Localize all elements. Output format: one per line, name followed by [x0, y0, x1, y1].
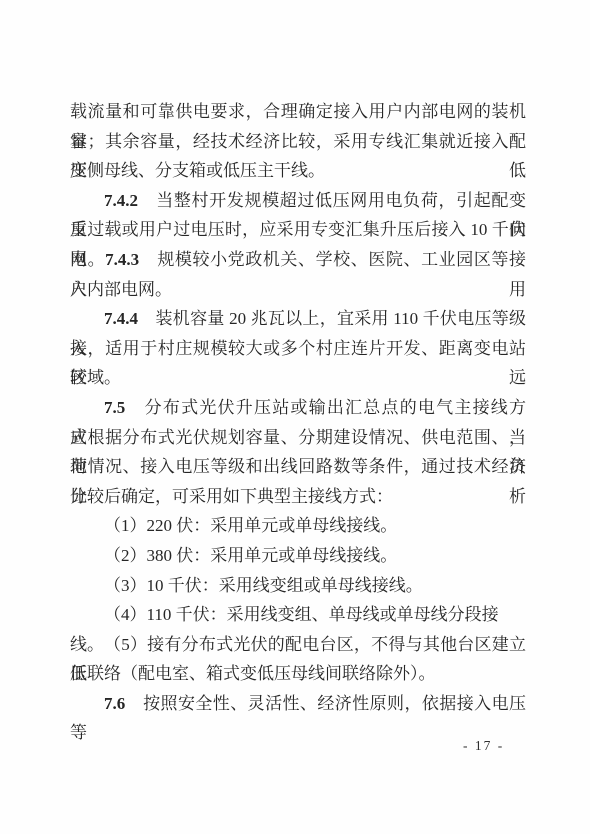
text-segment: 按照安全性、灵活性、经济性原则，依据接入电压等 [70, 694, 526, 743]
text-segment: （3）10 千伏：采用线变组或单母线接线。 [104, 576, 423, 595]
document-body: 载流量和可靠供电要求，合理确定接入用户内部电网的装机容量；其余容量，经技术经济比… [70, 97, 526, 718]
section-number: 7.6 [104, 694, 125, 713]
text-line: （3）10 千伏：采用线变组或单母线接线。 [70, 571, 526, 601]
text-line: 7.4.4 装机容量 20 兆瓦以上，宜采用 110 千伏电压等级接 [70, 304, 526, 334]
text-segment: 压侧母线、分支箱或低压主干线。 [70, 161, 325, 180]
section-number: 7.4.3 [105, 250, 139, 269]
text-line: 7.5 分布式光伏升压站或输出汇总点的电气主接线方式， [70, 393, 526, 423]
text-segment: （1）220 伏：采用单元或单母线接线。 [104, 516, 397, 535]
text-line: 荷情况、接入电压等级和出线回路数等条件，通过技术经济分析 [70, 452, 526, 482]
text-segment: 网。 [70, 250, 105, 269]
text-line: 入，适用于村庄规模较大或多个村庄连片开发、距离变电站较远 [70, 334, 526, 364]
text-segment: 入，适用于村庄规模较大或多个村庄连片开发、距离变电站较远 [70, 339, 526, 388]
text-segment: 比较后确定，可采用如下典型主接线方式： [70, 487, 393, 506]
text-line: 应根据分布式光伏规划容量、分期建设情况、供电范围、当地负 [70, 423, 526, 453]
text-segment: 区域。 [70, 368, 121, 387]
text-line: （1）220 伏：采用单元或单母线接线。 [70, 511, 526, 541]
text-segment: 压联络（配电室、箱式变低压母线间联络除外）。 [70, 664, 436, 683]
text-line: 量；其余容量，经技术经济比较，采用专线汇集就近接入配变低 [70, 127, 526, 157]
text-line: （2）380 伏：采用单元或单母线接线。 [70, 541, 526, 571]
text-line: 7.6 按照安全性、灵活性、经济性原则，依据接入电压等 [70, 689, 526, 719]
page-number: - 17 - [463, 738, 504, 754]
text-line: （5）接有分布式光伏的配电台区，不得与其他台区建立低 [70, 630, 526, 660]
text-line: 网。7.4.3 规模较小党政机关、学校、医院、工业园区等接入用 [70, 245, 526, 275]
document-page: 载流量和可靠供电要求，合理确定接入用户内部电网的装机容量；其余容量，经技术经济比… [0, 0, 590, 834]
text-line: 7.4.2 当整村开发规模超过低压网用电负荷，引起配变反向 [70, 186, 526, 216]
text-segment: 户内部电网。 [70, 280, 172, 299]
text-line: 重过载或用户过电压时，应采用专变汇集升压后接入 10 千伏电 [70, 215, 526, 245]
section-number: 7.4.2 [104, 191, 138, 210]
text-line: 载流量和可靠供电要求，合理确定接入用户内部电网的装机容 [70, 97, 526, 127]
text-segment: （2）380 伏：采用单元或单母线接线。 [104, 546, 397, 565]
text-line: （4）110 千伏：采用线变组、单母线或单母线分段接线。 [70, 600, 526, 630]
section-number: 7.5 [104, 398, 125, 417]
section-number: 7.4.4 [104, 309, 138, 328]
text-line: 压联络（配电室、箱式变低压母线间联络除外）。 [70, 659, 526, 689]
